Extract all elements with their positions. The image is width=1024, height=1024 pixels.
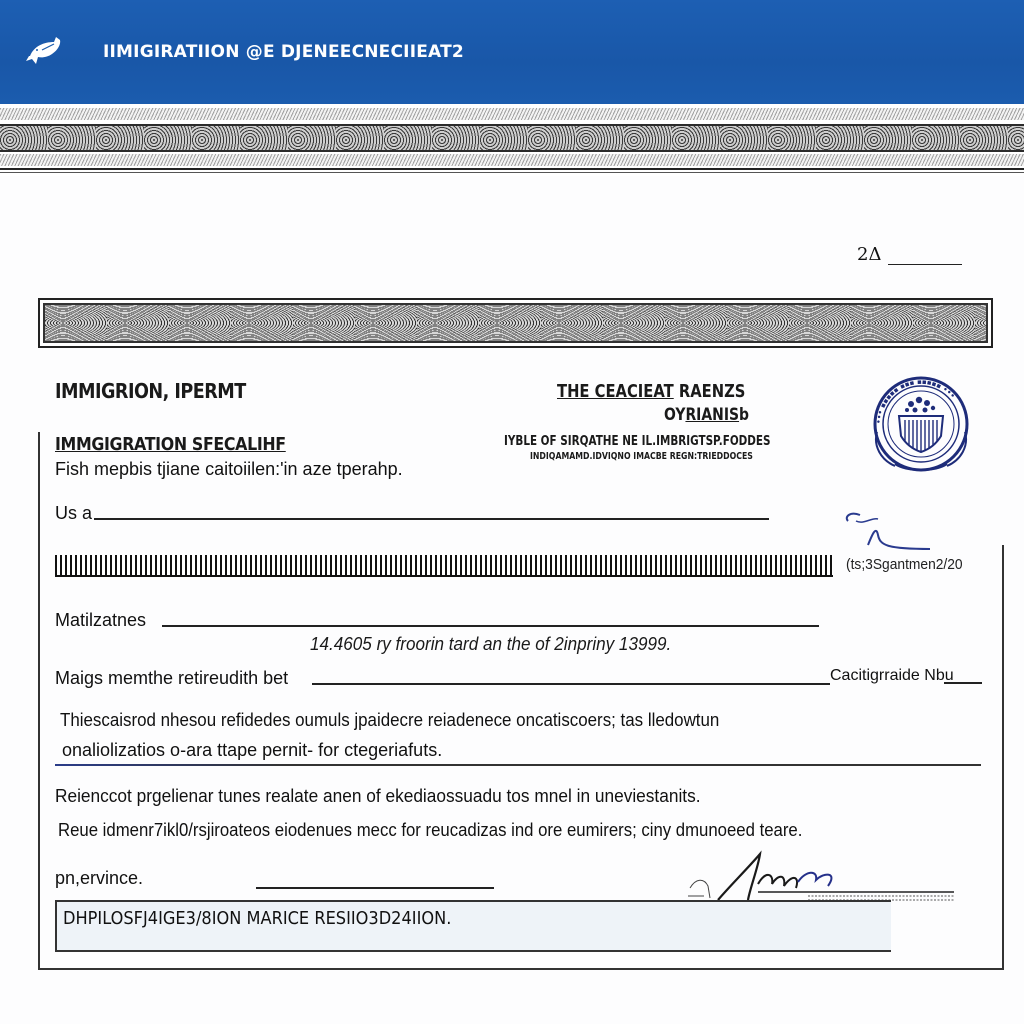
issuer-title-underlined: THE CEACIEAT bbox=[557, 381, 674, 402]
maigs-right-label: Cacitigrraide Nbu bbox=[830, 667, 954, 685]
divider bbox=[0, 172, 1024, 173]
issuer-subtitle-suffix: b bbox=[739, 405, 749, 425]
divider bbox=[0, 168, 1024, 170]
page-number: 2Δ bbox=[857, 244, 881, 265]
paragraph: Thiescaisrod nhesou refidedes oumuls jpa… bbox=[60, 710, 719, 731]
usa-field[interactable] bbox=[94, 518, 769, 520]
paragraph: Reue idmenr7ikl0/rsjiroateos eiodenues m… bbox=[58, 820, 802, 841]
document-title: IMMIGRION, IPERMT bbox=[55, 379, 246, 403]
hatch-pattern bbox=[0, 108, 1024, 120]
maigs-field[interactable] bbox=[312, 683, 830, 685]
banner-title: IIMIGIRATIION @E DJENEECNECIIEAT2 bbox=[103, 42, 464, 62]
issuer-subtitle-underlined: RIANIS bbox=[685, 405, 739, 425]
maigs-right-field[interactable] bbox=[944, 682, 982, 684]
issuer-title: THE CEACIEAT RAENZS bbox=[557, 381, 745, 402]
matilzatnes-field[interactable] bbox=[162, 625, 819, 627]
guilloche-band bbox=[43, 303, 988, 343]
signature-icon bbox=[688, 848, 958, 908]
paragraph: Reienccot prgelienar tunes realate anen … bbox=[55, 786, 701, 807]
barcode-icon bbox=[55, 555, 833, 577]
issuer-subtitle-prefix: OY bbox=[664, 405, 685, 425]
issuer-subtitle: OYRIANISb bbox=[664, 405, 749, 425]
divider bbox=[55, 764, 981, 766]
hatch-pattern bbox=[0, 154, 1024, 166]
usa-field-label: Us a bbox=[55, 503, 92, 524]
issue-note: 14.4605 ry froorin tard an the of 2inpri… bbox=[310, 634, 671, 655]
presence-field[interactable] bbox=[256, 887, 494, 889]
guilloche-band bbox=[0, 124, 1024, 152]
security-pattern-strip bbox=[0, 104, 1024, 176]
matilzatnes-field-label: Matilzatnes bbox=[55, 610, 146, 631]
frame-gap bbox=[1000, 430, 1005, 545]
registration-text: DHPILOSFJ4IGE3/8ION MARICE RESIIO3D24IIO… bbox=[63, 908, 451, 929]
paragraph: onaliolizatios o-ara ttape pernit- for c… bbox=[62, 740, 442, 761]
page-number-line bbox=[888, 264, 962, 265]
fish-emblem-icon bbox=[24, 34, 64, 70]
maigs-field-label: Maigs memthe retireudith bet bbox=[55, 668, 288, 689]
header-banner: IIMIGIRATIION @E DJENEECNECIIEAT2 bbox=[0, 0, 1024, 104]
issuer-title-rest: RAENZS bbox=[674, 381, 746, 402]
presence-label: pn,ervince. bbox=[55, 868, 143, 889]
security-pattern-frame bbox=[38, 298, 993, 348]
